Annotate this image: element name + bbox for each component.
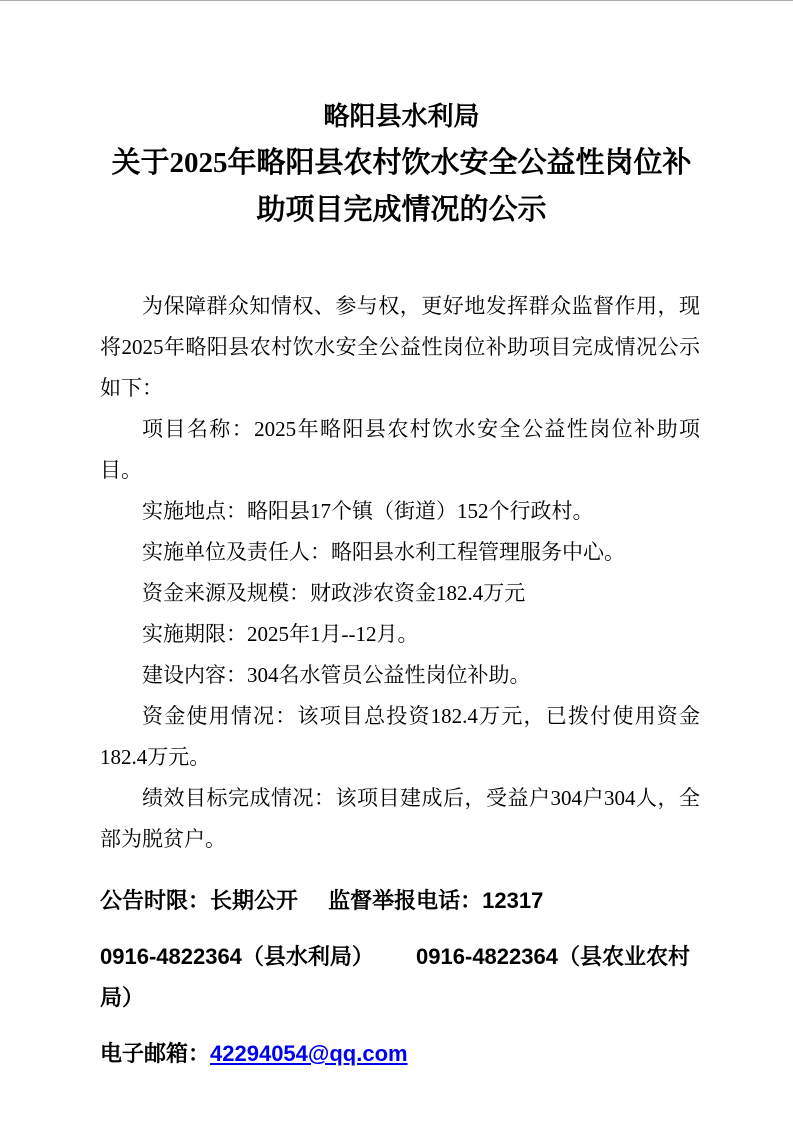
publicity-period-line: 公告时限：长期公开 监督举报电话：12317: [100, 880, 700, 921]
phone-water-bureau: 0916-4822364（县水利局）: [100, 944, 374, 969]
contact-phones-line: 0916-4822364（县水利局） 0916-4822364（县农业农村局）: [100, 936, 700, 1018]
construction-content-paragraph: 建设内容：304名水管员公益性岗位补助。: [100, 655, 700, 696]
document-subject-title: 关于2025年略阳县农村饮水安全公益性岗位补助项目完成情况的公示: [100, 140, 703, 234]
email-line: 电子邮箱：42294054@qq.com: [100, 1033, 700, 1074]
intro-paragraph: 为保障群众知情权、参与权，更好地发挥群众监督作用，现将2025年略阳县农村饮水安…: [100, 286, 700, 409]
fund-usage-paragraph: 资金使用情况：该项目总投资182.4万元，已拨付使用资金182.4万元。: [100, 696, 700, 778]
performance-targets-paragraph: 绩效目标完成情况：该项目建成后，受益户304户304人，全部为脱贫户。: [100, 778, 700, 860]
implementation-location-paragraph: 实施地点：略阳县17个镇（街道）152个行政村。: [100, 491, 700, 532]
publicity-period-text: 公告时限：长期公开: [100, 888, 298, 913]
email-label: 电子邮箱：: [100, 1041, 210, 1066]
implementation-period-paragraph: 实施期限：2025年1月--12月。: [100, 614, 700, 655]
document-org-title: 略阳县水利局: [100, 93, 703, 140]
document-footer: 公告时限：长期公开 监督举报电话：12317 0916-4822364（县水利局…: [100, 880, 700, 1074]
email-link[interactable]: 42294054@qq.com: [210, 1041, 408, 1066]
document-page: 略阳县水利局 关于2025年略阳县农村饮水安全公益性岗位补助项目完成情况的公示 …: [0, 0, 793, 1122]
project-name-paragraph: 项目名称：2025年略阳县农村饮水安全公益性岗位补助项目。: [100, 409, 700, 491]
document-title-block: 略阳县水利局 关于2025年略阳县农村饮水安全公益性岗位补助项目完成情况的公示: [100, 0, 703, 234]
funding-source-paragraph: 资金来源及规模：财政涉农资金182.4万元: [100, 573, 700, 614]
page-top-edge: [0, 0, 793, 1]
document-body: 为保障群众知情权、参与权，更好地发挥群众监督作用，现将2025年略阳县农村饮水安…: [100, 286, 700, 860]
implementing-unit-paragraph: 实施单位及责任人：略阳县水利工程管理服务中心。: [100, 532, 700, 573]
report-hotline-text: 监督举报电话：12317: [328, 888, 543, 913]
